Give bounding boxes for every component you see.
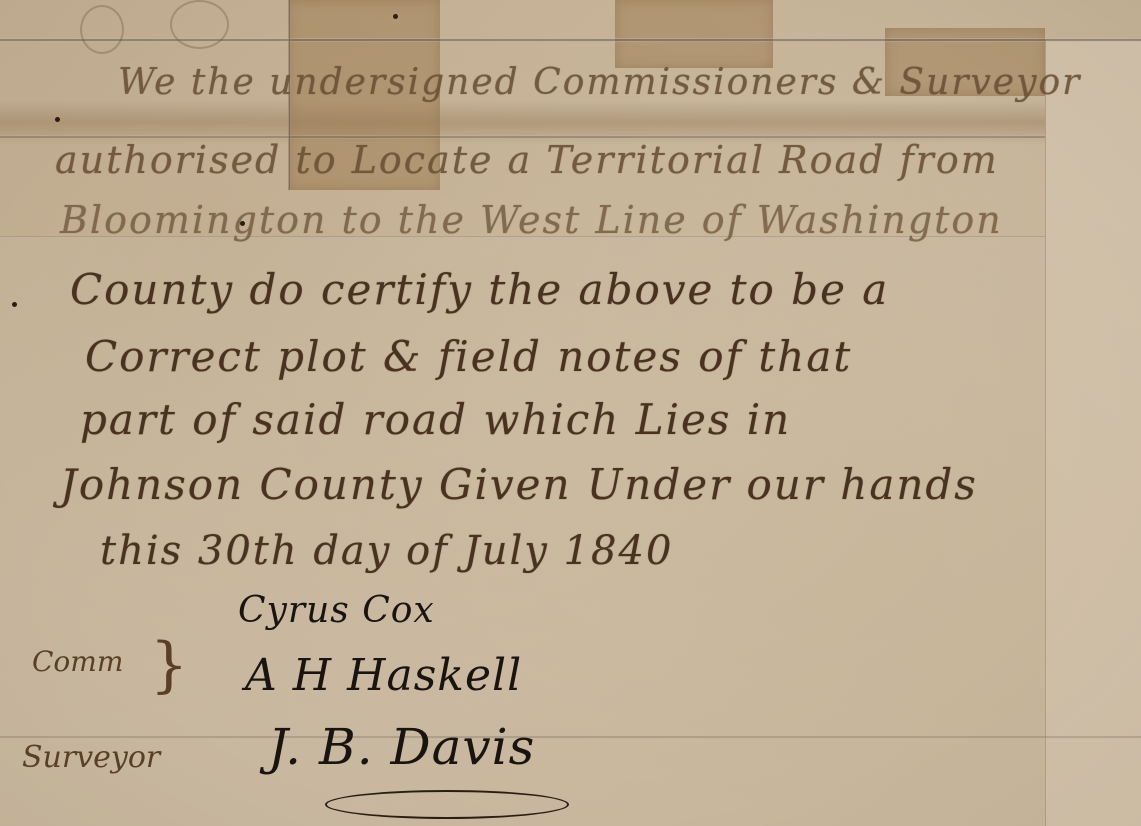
paper-right-strip xyxy=(1045,40,1141,826)
ghost-flourish xyxy=(80,5,124,54)
body-line-8: this 30th day of July 1840 xyxy=(100,528,673,574)
fold-line-top xyxy=(0,38,1141,42)
body-line-6: part of said road which Lies in xyxy=(80,395,791,444)
signature-flourish xyxy=(325,790,569,819)
ghost-flourish xyxy=(170,0,229,49)
signature-haskell: A H Haskell xyxy=(245,650,522,701)
ink-dot xyxy=(12,302,17,307)
fold-line-bottom xyxy=(0,735,1141,739)
signature-cyrus-cox: Cyrus Cox xyxy=(238,590,435,631)
ink-dot xyxy=(55,117,60,122)
brace-mark: } xyxy=(150,630,188,700)
surveyor-label: Surveyor xyxy=(22,740,160,775)
tape-stain-2 xyxy=(615,0,773,68)
ink-dot xyxy=(393,14,398,19)
commissioners-label: Comm xyxy=(32,645,123,678)
body-line-4: County do certify the above to be a xyxy=(70,265,889,314)
body-line-3: Bloomington to the West Line of Washingt… xyxy=(60,198,1003,242)
body-line-2: authorised to Locate a Territorial Road … xyxy=(55,138,999,182)
body-line-7: Johnson County Given Under our hands xyxy=(60,460,978,509)
body-line-5: Correct plot & field notes of that xyxy=(85,332,852,381)
body-line-1: We the undersigned Commissioners & Surve… xyxy=(118,62,1081,103)
signature-davis: J. B. Davis xyxy=(268,718,535,776)
